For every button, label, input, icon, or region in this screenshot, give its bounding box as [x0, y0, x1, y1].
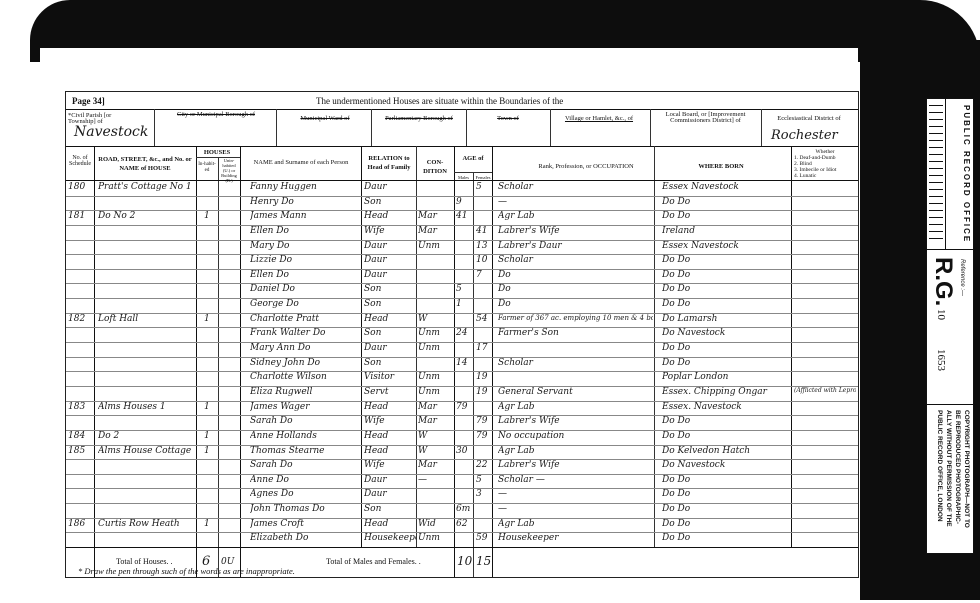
cell-name: James Wager: [250, 402, 360, 412]
table-row: Charlotte WilsonVisitorUnm19Poplar Londo…: [66, 371, 858, 386]
cell-occupation: Housekeeper: [498, 533, 653, 543]
cell-condition: Mar: [418, 416, 452, 426]
cell-condition: W: [418, 314, 452, 324]
cell-inhabited: 1: [204, 446, 216, 456]
district-ward-label: Municipal Ward of: [280, 116, 370, 122]
cell-condition: Unm: [418, 387, 452, 397]
cell-relation: Head: [364, 431, 416, 441]
total-persons-label: Total of Males and Females. .: [326, 557, 421, 566]
cell-condition: Unm: [418, 372, 452, 382]
table-row: Ellen DoWifeMar41Labrer's WifeIreland: [66, 225, 858, 240]
cell-relation: Son: [364, 299, 416, 309]
cell-age-male: 62: [456, 519, 472, 529]
cell-where-born: Do Kelvedon Hatch: [662, 446, 790, 456]
cell-where-born: Do Do: [662, 358, 790, 368]
cell-where-born: Do Do: [662, 489, 790, 499]
reference-label: Reference :—: [959, 259, 965, 296]
cell-relation: Daur: [364, 270, 416, 280]
cell-relation: Head: [364, 402, 416, 412]
table-row: Sarah DoWifeMar22Labrer's WifeDo Navesto…: [66, 459, 858, 474]
cell-condition: Mar: [418, 460, 452, 470]
cell-condition: W: [418, 431, 452, 441]
cell-condition: Mar: [418, 402, 452, 412]
cell-name: Sidney John Do: [250, 358, 360, 368]
cell-occupation: Do: [498, 270, 653, 280]
cell-relation: Wife: [364, 416, 416, 426]
cell-occupation: Scholar —: [498, 475, 653, 485]
cell-occupation: —: [498, 197, 653, 207]
cell-inhabited: 1: [204, 402, 216, 412]
cell-occupation: —: [498, 504, 653, 514]
cell-occupation: Do: [498, 299, 653, 309]
cell-relation: Head: [364, 314, 416, 324]
record-office-ruler: PUBLIC RECORD OFFICE Reference :— R.G. 1…: [926, 98, 974, 554]
cell-infirmity: (Afflicted with Leprosy): [794, 387, 856, 394]
total-houses-label: Total of Houses. .: [116, 557, 173, 566]
cell-relation: Daur: [364, 255, 416, 265]
district-ecclesiastical-value: Rochester: [771, 128, 838, 143]
table-row: Frank Walter DoSonUnm24Farmer's SonDo Na…: [66, 327, 858, 342]
cell-condition: Mar: [418, 226, 452, 236]
cell-age-female: 7: [476, 270, 492, 280]
cell-where-born: Do Do: [662, 255, 790, 265]
cell-condition: —: [418, 475, 452, 485]
cell-inhabited: 1: [204, 519, 216, 529]
cell-age-female: 5: [476, 475, 492, 485]
cell-where-born: Do Navestock: [662, 460, 790, 470]
cell-name: Elizabeth Do: [250, 533, 360, 543]
cell-road: Alms Houses 1: [98, 402, 194, 412]
cell-occupation: Scholar: [498, 255, 653, 265]
table-row: Sidney John DoSon14ScholarDo Do: [66, 357, 858, 372]
table-row: Henry DoSon9—Do Do: [66, 196, 858, 211]
cell-relation: Son: [364, 197, 416, 207]
cell-age-female: 54: [476, 314, 492, 324]
cell-inhabited: 1: [204, 431, 216, 441]
cell-where-born: Do Do: [662, 343, 790, 353]
cell-relation: Son: [364, 358, 416, 368]
district-town-label: Town of: [468, 116, 548, 122]
cell-inhabited: 1: [204, 211, 216, 221]
col-road: ROAD, STREET, &c., and No. or NAME of HO…: [96, 155, 194, 173]
cell-relation: Wife: [364, 226, 416, 236]
col-schedule: No. of Schedule: [67, 155, 93, 167]
cell-road: Alms House Cottage: [98, 446, 194, 456]
cell-name: Ellen Do: [250, 270, 360, 280]
cell-schedule: 181: [68, 211, 94, 221]
col-condition: CON-DITION: [418, 158, 452, 176]
cell-road: Curtis Row Heath: [98, 519, 194, 529]
page-label-text: Page: [72, 96, 91, 106]
cell-occupation: Farmer of 367 ac. employing 10 men & 4 b…: [498, 314, 653, 322]
cell-name: Charlotte Wilson: [250, 372, 360, 382]
district-ecclesiastical-label: Ecclesiastical District of: [764, 116, 854, 122]
reference-series: R.G.: [929, 257, 957, 306]
cell-relation: Daur: [364, 182, 416, 192]
cell-relation: Wife: [364, 460, 416, 470]
table-row: George DoSon1DoDo Do: [66, 298, 858, 313]
cell-name: Mary Ann Do: [250, 343, 360, 353]
cell-age-male: 6m: [456, 504, 472, 514]
cell-where-born: Do Do: [662, 504, 790, 514]
cell-name: George Do: [250, 299, 360, 309]
col-houses: HOUSES: [197, 148, 237, 157]
district-civil-parish-value: Navestock: [74, 124, 148, 140]
cell-road: Loft Hall: [98, 314, 194, 324]
cell-name: Anne Hollands: [250, 431, 360, 441]
cell-name: Lizzie Do: [250, 255, 360, 265]
reference-folio: 1653: [935, 349, 947, 371]
cell-where-born: Ireland: [662, 226, 790, 236]
cell-name: Eliza Rugwell: [250, 387, 360, 397]
cell-age-male: 9: [456, 197, 472, 207]
cell-age-female: 10: [476, 255, 492, 265]
col-inhabited: In-habit-ed: [197, 162, 217, 174]
table-row: John Thomas DoSon6m—Do Do: [66, 503, 858, 518]
cell-age-female: 59: [476, 533, 492, 543]
cell-age-female: 41: [476, 226, 492, 236]
cell-name: Sarah Do: [250, 460, 360, 470]
cell-age-female: 79: [476, 416, 492, 426]
page-title: The undermentioned Houses are situate wi…: [316, 96, 563, 106]
cell-relation: Servt: [364, 387, 416, 397]
copyright-line-4: PUBLIC RECORD OFFICE, LONDON: [935, 410, 944, 528]
page-label: Page 34]: [72, 96, 105, 106]
table-row: 182Loft Hall1Charlotte PrattHeadW54Farme…: [66, 313, 858, 328]
cell-name: Ellen Do: [250, 226, 360, 236]
cell-relation: Visitor: [364, 372, 416, 382]
cell-where-born: Do Do: [662, 211, 790, 221]
col-relation: RELATION to Head of Family: [363, 154, 415, 172]
cell-where-born: Do Do: [662, 533, 790, 543]
cell-age-female: 22: [476, 460, 492, 470]
cell-age-male: 1: [456, 299, 472, 309]
cell-name: Sarah Do: [250, 416, 360, 426]
cell-relation: Head: [364, 211, 416, 221]
cell-relation: Daur: [364, 475, 416, 485]
cell-where-born: Essex. Navestock: [662, 402, 790, 412]
cell-age-female: 13: [476, 241, 492, 251]
cell-name: Frank Walter Do: [250, 328, 360, 338]
cell-name: Fanny Huggen: [250, 182, 360, 192]
col-occupation: Rank, Profession, or OCCUPATION: [506, 162, 666, 171]
cell-occupation: —: [498, 489, 653, 499]
cell-occupation: Agr Lab: [498, 211, 653, 221]
cell-where-born: Do Do: [662, 431, 790, 441]
cell-occupation: Agr Lab: [498, 402, 653, 412]
cell-where-born: Essex Navestock: [662, 241, 790, 251]
page-number: 34]: [93, 96, 105, 106]
cell-where-born: Do Do: [662, 299, 790, 309]
cell-name: Daniel Do: [250, 284, 360, 294]
copyright-line-3: ALLY WITHOUT PERMISSION OF THE: [944, 410, 953, 528]
cell-occupation: Agr Lab: [498, 446, 653, 456]
cell-relation: Daur: [364, 343, 416, 353]
cell-age-male: 5: [456, 284, 472, 294]
cell-where-born: Do Do: [662, 416, 790, 426]
cell-where-born: Do Do: [662, 519, 790, 529]
cell-schedule: 183: [68, 402, 94, 412]
cell-schedule: 180: [68, 182, 94, 192]
cell-relation: Son: [364, 328, 416, 338]
cell-age-female: 19: [476, 372, 492, 382]
cell-occupation: Agr Lab: [498, 519, 653, 529]
district-village-label: Village or Hamlet, &c., of: [554, 116, 644, 122]
cell-condition: Unm: [418, 328, 452, 338]
cell-occupation: Do: [498, 284, 653, 294]
cell-condition: W: [418, 446, 452, 456]
cell-occupation: General Servant: [498, 387, 653, 397]
cell-where-born: Do Do: [662, 197, 790, 207]
cell-where-born: Do Lamarsh: [662, 314, 790, 324]
cell-condition: Unm: [418, 241, 452, 251]
copyright-line-1: COPYRIGHT PHOTOGRAPH—NOT TO: [962, 410, 971, 528]
col-name: NAME and Surname of each Person: [246, 158, 356, 167]
cell-where-born: Do Do: [662, 284, 790, 294]
cell-name: John Thomas Do: [250, 504, 360, 514]
cell-age-female: 17: [476, 343, 492, 353]
cell-schedule: 186: [68, 519, 94, 529]
cell-age-female: 19: [476, 387, 492, 397]
cell-condition: Wid: [418, 519, 452, 529]
cell-name: James Croft: [250, 519, 360, 529]
table-row: 184Do 21Anne HollandsHeadW79No occupatio…: [66, 430, 858, 445]
cell-occupation: Labrer's Wife: [498, 226, 653, 236]
table-row: Mary DoDaurUnm13Labrer's DaurEssex Naves…: [66, 240, 858, 255]
cell-where-born: Do Navestock: [662, 328, 790, 338]
table-row: Agnes DoDaur3—Do Do: [66, 488, 858, 503]
ruler-copyright: COPYRIGHT PHOTOGRAPH—NOT TO BE REPRODUCE…: [927, 404, 973, 552]
cell-condition: Mar: [418, 211, 452, 221]
district-borough-label: City or Municipal Borough of: [161, 112, 271, 118]
copyright-text: COPYRIGHT PHOTOGRAPH—NOT TO BE REPRODUCE…: [935, 410, 971, 528]
cell-where-born: Poplar London: [662, 372, 790, 382]
col-infirmity: Whether 1. Deaf-and-Dumb 2. Blind 3. Imb…: [794, 149, 856, 179]
cell-age-female: 79: [476, 431, 492, 441]
cell-road: Do No 2: [98, 211, 194, 221]
table-row: Daniel DoSon5DoDo Do: [66, 283, 858, 298]
cell-road: Do 2: [98, 431, 194, 441]
cell-schedule: 182: [68, 314, 94, 324]
cell-relation: Son: [364, 284, 416, 294]
table-row: 181Do No 21James MannHeadMar41Agr LabDo …: [66, 210, 858, 225]
table-row: 180Pratt's Cottage No 1Fanny HuggenDaur5…: [66, 181, 858, 196]
total-females: 15: [476, 554, 491, 568]
copyright-line-2: BE REPRODUCED PHOTOGRAPHIC-: [953, 410, 962, 528]
cell-inhabited: 1: [204, 314, 216, 324]
cell-road: Pratt's Cottage No 1: [98, 182, 194, 192]
col-where-born: WHERE BORN: [656, 162, 786, 171]
cell-where-born: Essex Navestock: [662, 182, 790, 192]
table-row: Eliza RugwellServtUnm19General ServantEs…: [66, 386, 858, 401]
cell-occupation: No occupation: [498, 431, 653, 441]
cell-occupation: Farmer's Son: [498, 328, 653, 338]
table-row: Elizabeth DoHousekeeperUnm59HousekeeperD…: [66, 532, 858, 547]
cell-relation: Head: [364, 446, 416, 456]
cell-condition: Unm: [418, 343, 452, 353]
cell-schedule: 184: [68, 431, 94, 441]
census-form: Page 34] The undermentioned Houses are s…: [65, 91, 859, 578]
cell-condition: Unm: [418, 533, 452, 543]
reference-piece: 10: [935, 309, 947, 320]
cell-where-born: Do Do: [662, 475, 790, 485]
table-row: 186Curtis Row Heath1James CroftHeadWid62…: [66, 518, 858, 533]
cell-relation: Daur: [364, 489, 416, 499]
cell-where-born: Essex. Chipping Ongar: [662, 387, 790, 397]
cell-name: Thomas Stearne: [250, 446, 360, 456]
cell-occupation: Labrer's Daur: [498, 241, 653, 251]
cell-relation: Head: [364, 519, 416, 529]
cell-schedule: 185: [68, 446, 94, 456]
footnote: * Draw the pen through such of the words…: [78, 566, 295, 576]
col-age: AGE of: [456, 154, 490, 163]
cell-age-male: 79: [456, 402, 472, 412]
cell-relation: Housekeeper: [364, 533, 416, 543]
table-row: Anne DoDaur—5Scholar —Do Do: [66, 474, 858, 489]
cell-where-born: Do Do: [662, 270, 790, 280]
cell-occupation: Labrer's Wife: [498, 416, 653, 426]
cell-name: Henry Do: [250, 197, 360, 207]
cell-age-male: 24: [456, 328, 472, 338]
table-row: Mary Ann DoDaurUnm17Do Do: [66, 342, 858, 357]
cell-name: Anne Do: [250, 475, 360, 485]
cell-relation: Daur: [364, 241, 416, 251]
cell-age-female: 5: [476, 182, 492, 192]
ruler-reference: Reference :— R.G. 10 1653: [927, 249, 973, 405]
table-row: 185Alms House Cottage1Thomas StearneHead…: [66, 445, 858, 460]
cell-age-male: 41: [456, 211, 472, 221]
ruler-scale: PUBLIC RECORD OFFICE: [927, 99, 973, 250]
total-males: 10: [457, 554, 472, 568]
cell-relation: Son: [364, 504, 416, 514]
table-row: Lizzie DoDaur10ScholarDo Do: [66, 254, 858, 269]
infirmity-option-4: 4. Lunatic: [794, 173, 856, 179]
ruler-ticks: [929, 105, 943, 245]
cell-occupation: Labrer's Wife: [498, 460, 653, 470]
cell-occupation: Scholar: [498, 182, 653, 192]
cell-occupation: Scholar: [498, 358, 653, 368]
table-row: 183Alms Houses 11James WagerHeadMar79Agr…: [66, 401, 858, 416]
table-row: Sarah DoWifeMar79Labrer's WifeDo Do: [66, 415, 858, 430]
cell-age-male: 30: [456, 446, 472, 456]
cell-name: Mary Do: [250, 241, 360, 251]
cell-name: James Mann: [250, 211, 360, 221]
cell-name: Charlotte Pratt: [250, 314, 360, 324]
ruler-office: PUBLIC RECORD OFFICE: [962, 105, 971, 243]
district-parliamentary-label: Parliamentary Borough of: [374, 116, 464, 122]
cell-age-female: 3: [476, 489, 492, 499]
table-row: Ellen DoDaur7DoDo Do: [66, 269, 858, 284]
district-local-board-label: Local Board, or [Improvement Commissione…: [653, 112, 758, 124]
cell-name: Agnes Do: [250, 489, 360, 499]
cell-age-male: 14: [456, 358, 472, 368]
